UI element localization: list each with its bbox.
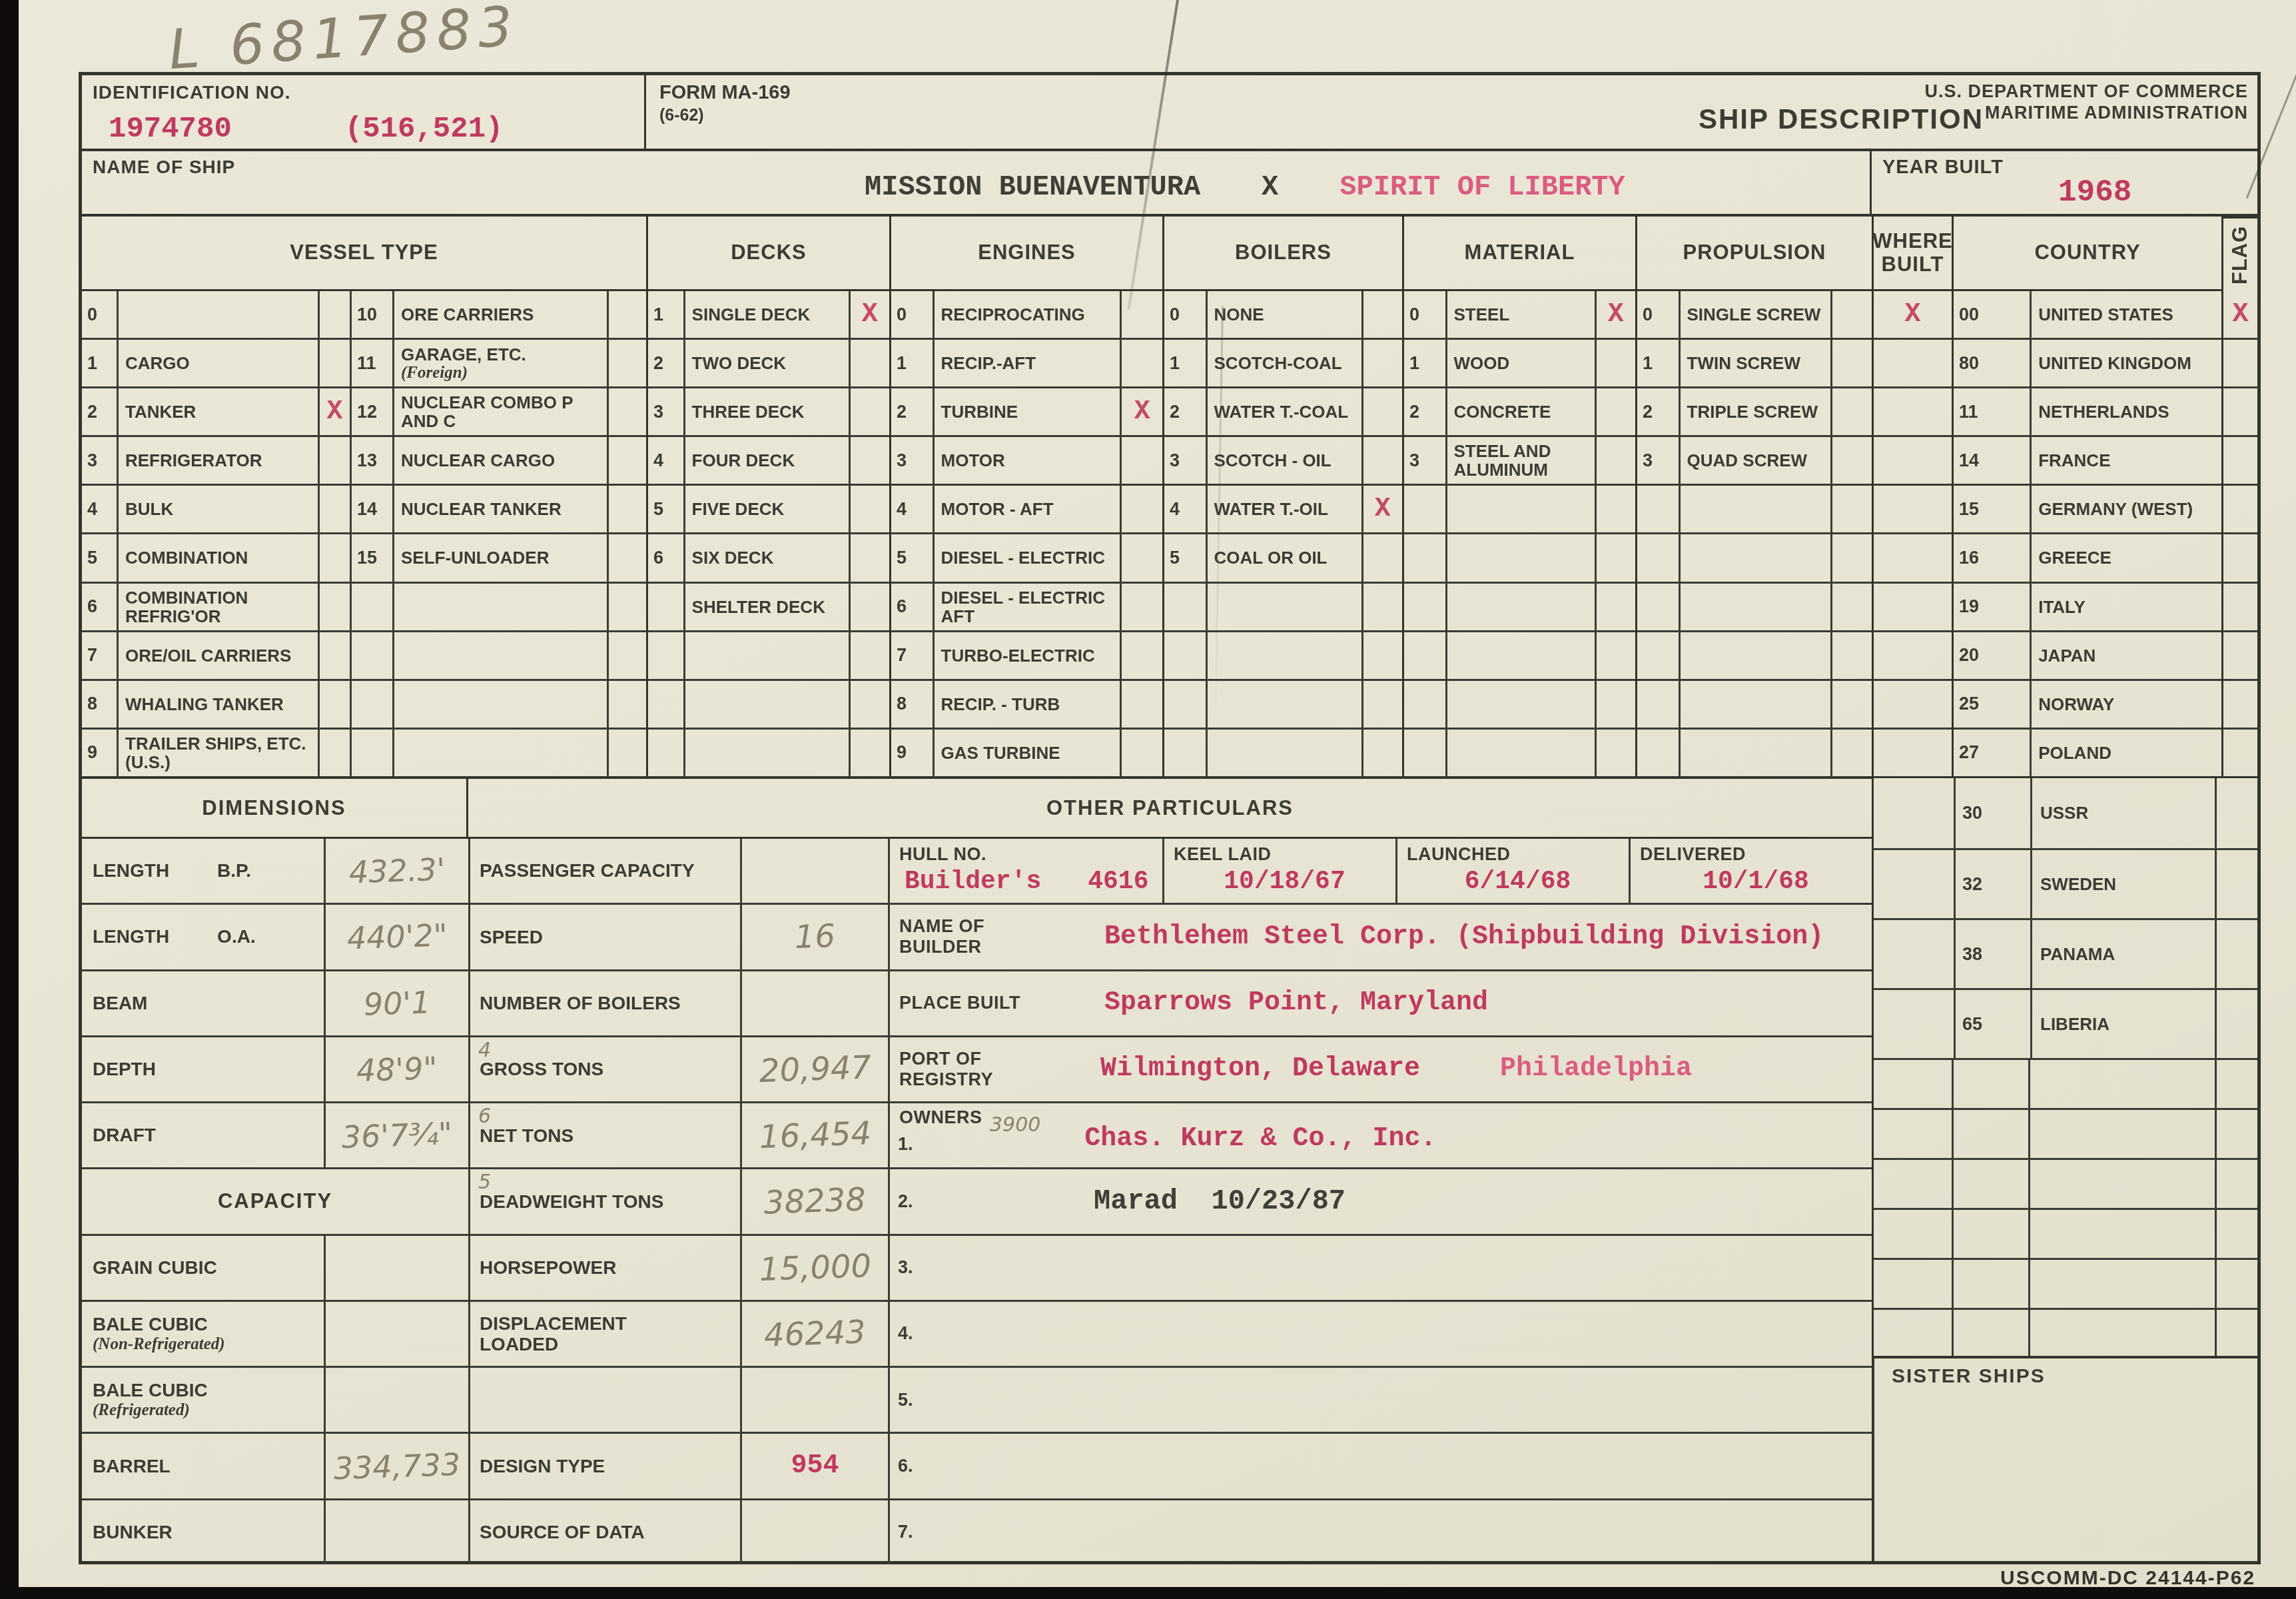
- vessel-check-cell-2: [607, 681, 646, 728]
- vessel-check-cell: [318, 730, 350, 776]
- row-length-oa: LENGTHO.A. 440'2" SPEED 16 NAME OF BUILD…: [82, 903, 1872, 969]
- identification-values: 1974780 (516,521): [109, 113, 503, 146]
- propulsion-code-cell: [1637, 681, 1679, 728]
- builder-value: Bethlehem Steel Corp. (Shipbuilding Divi…: [1104, 922, 1824, 952]
- engine-label-cell: RECIP.-AFT: [933, 340, 1120, 386]
- vessel-check-cell: [318, 681, 350, 728]
- vessel-code-cell: 1: [82, 340, 117, 386]
- vessel-check-cell: [318, 534, 350, 581]
- ship-name-strike-mark: X: [1262, 171, 1278, 203]
- boilers-row: 5 COAL OR OIL: [1164, 532, 1402, 581]
- vessel-code-cell: 3: [82, 437, 117, 484]
- bale-cubic-r-label-cell: BALE CUBIC (Refrigerated): [82, 1368, 324, 1432]
- row-grain-cubic: GRAIN CUBIC HORSEPOWER 15,000 3.: [82, 1234, 1872, 1300]
- country-row: 27 POLAND: [1954, 728, 2221, 776]
- form-header-row: IDENTIFICATION NO. 1974780 (516,521) FOR…: [82, 75, 2257, 151]
- propulsion-body: 0 SINGLE SCREW 1 TWIN SCREW 2: [1637, 291, 1872, 776]
- beam-label: BEAM: [93, 993, 147, 1013]
- material-row: 1 WOOD: [1404, 338, 1635, 386]
- engine-code-cell: 9: [891, 730, 933, 776]
- deck-check-cell: [849, 340, 889, 386]
- vessel-label-cell-2: NUCLEAR CARGO: [392, 437, 607, 484]
- propulsion-section: PROPULSION 0 SINGLE SCREW 1 TWIN SCREW: [1635, 217, 1872, 776]
- row-capacity: CAPACITY 5 DEADWEIGHT TONS 38238 2. Mara…: [82, 1167, 1872, 1233]
- boiler-code-cell: 4: [1164, 486, 1206, 532]
- flag-divider-line: [2215, 1060, 2217, 1356]
- agency-line1: U.S. DEPARTMENT OF COMMERCE: [1925, 81, 2249, 101]
- vessel-type-row: 1 CARGO 11 GARAGE, ETC.(Foreign): [82, 338, 646, 386]
- decks-row: 4 FOUR DECK: [648, 435, 889, 484]
- vessel-label-text-2: NUCLEAR CARGO: [401, 451, 555, 470]
- propulsion-row: [1637, 679, 1872, 728]
- vessel-code-cell: 0: [82, 291, 117, 338]
- owner-2-number: 2.: [890, 1191, 929, 1212]
- flag-row: [2223, 532, 2257, 581]
- propulsion-check-cell: [1830, 388, 1872, 435]
- propulsion-code-cell: 0: [1637, 291, 1679, 338]
- engines-row: 1 RECIP.-AFT: [891, 338, 1162, 386]
- vessel-code-cell: 6: [82, 584, 117, 630]
- material-label-cell: CONCRETE: [1445, 388, 1595, 435]
- print-code: USCOMM-DC 24144-P62: [2000, 1567, 2255, 1590]
- engines-row: 8 RECIP. - TURB: [891, 679, 1162, 728]
- identification-label: IDENTIFICATION NO.: [93, 82, 290, 103]
- country-row: 20 JAPAN: [1954, 630, 2221, 679]
- engines-row: 7 TURBO-ELECTRIC: [891, 630, 1162, 679]
- boilers-header: BOILERS: [1164, 217, 1402, 291]
- country-lower-code: 30: [1954, 778, 2030, 848]
- flag-section: FLAG X: [2221, 217, 2257, 776]
- vessel-label-cell: BULK: [117, 486, 318, 532]
- owner-1-value: Chas. Kurz & Co., Inc.: [1084, 1124, 1436, 1154]
- vessel-type-row: 9 TRAILER SHIPS, ETC. (U.S.): [82, 728, 646, 776]
- row-draft: DRAFT 36'7¾" 6 NET TONS 16,454 OWNERS 1.…: [82, 1101, 1872, 1167]
- engines-row: 9 GAS TURBINE: [891, 728, 1162, 776]
- beam-value-cell: 90'1: [324, 971, 468, 1035]
- where-built-check-cell: [1874, 534, 1952, 581]
- material-label-cell: STEEL: [1445, 291, 1595, 338]
- deck-code-cell: [648, 681, 683, 728]
- boiler-check-cell: [1361, 681, 1402, 728]
- country-lower-label: SWEDEN: [2030, 850, 2215, 918]
- vessel-label-cell: COMBINATION: [117, 534, 318, 581]
- boiler-label-cell: SCOTCH - OIL: [1206, 437, 1361, 484]
- country-row: 25 NORWAY: [1954, 679, 2221, 728]
- where-built-row: [1874, 630, 1952, 679]
- draft-label: DRAFT: [93, 1125, 156, 1145]
- boiler-label-cell: COAL OR OIL: [1206, 534, 1361, 581]
- material-row: [1404, 582, 1635, 630]
- country-lower-empty-rows: [1874, 1058, 2257, 1356]
- deck-check-cell: [849, 437, 889, 484]
- flag-row: [2223, 630, 2257, 679]
- net-tons-cell: 6 NET TONS: [468, 1103, 740, 1167]
- row-beam: BEAM 90'1 NUMBER OF BOILERS PLACE BUILT …: [82, 969, 1872, 1035]
- propulsion-check-cell: [1830, 291, 1872, 338]
- engines-section: ENGINES 0 RECIPROCATING 1 RECIP.-AFT: [889, 217, 1162, 776]
- material-row: 2 CONCRETE: [1404, 386, 1635, 435]
- deadweight-tons-footnote: 5: [478, 1171, 491, 1194]
- vessel-check-cell-2: [607, 340, 646, 386]
- bale-cubic-r-sublabel: (Refrigerated): [93, 1401, 190, 1420]
- where-built-row: [1874, 338, 1952, 386]
- country-code-cell: 80: [1954, 340, 2030, 386]
- flag-check-cell: [2223, 437, 2257, 484]
- decks-body: 1 SINGLE DECK X 2 TWO DECK 3: [648, 291, 889, 776]
- engine-check-cell: [1120, 486, 1162, 532]
- material-check-cell: [1595, 632, 1635, 679]
- propulsion-row: 0 SINGLE SCREW: [1637, 291, 1872, 338]
- vessel-code-cell-2: 10: [350, 291, 392, 338]
- launched-cell: LAUNCHED 6/14/68: [1395, 839, 1629, 903]
- place-built-label: PLACE BUILT: [890, 993, 1040, 1013]
- propulsion-label-cell: QUAD SCREW: [1679, 437, 1830, 484]
- flag-row: X: [2223, 291, 2257, 338]
- horsepower-value-cell: 15,000: [740, 1236, 888, 1300]
- engine-code-cell: 0: [891, 291, 933, 338]
- decks-row: 1 SINGLE DECK X: [648, 291, 889, 338]
- vessel-label-text: BULK: [125, 500, 173, 518]
- boiler-check-cell: [1361, 340, 1402, 386]
- depth-label: DEPTH: [93, 1059, 156, 1079]
- owner-1-pencil-code: 3900: [990, 1113, 1040, 1137]
- propulsion-row: [1637, 630, 1872, 679]
- vessel-type-section: VESSEL TYPE 0 10 ORE CARRIERS: [82, 217, 646, 776]
- country-code-cell: 00: [1954, 291, 2030, 338]
- port-of-registry-label: PORT OF REGISTRY: [890, 1049, 1040, 1090]
- deck-code-cell: 5: [648, 486, 683, 532]
- where-built-row: X: [1874, 291, 1952, 338]
- lower-section: DIMENSIONS OTHER PARTICULARS LENGTHB.P. …: [82, 776, 1872, 1564]
- propulsion-header: PROPULSION: [1637, 217, 1872, 291]
- engine-code-cell: 3: [891, 437, 933, 484]
- country-code-cell: 20: [1954, 632, 2030, 679]
- country-label-cell: ITALY: [2030, 584, 2221, 630]
- country-label-cell: FRANCE: [2030, 437, 2221, 484]
- country-code-cell: 14: [1954, 437, 2030, 484]
- flag-header: FLAG: [2223, 217, 2257, 291]
- depth-value: 48'9": [356, 1050, 438, 1089]
- year-built-value: 1968: [2058, 175, 2131, 210]
- where-built-check-cell: [1874, 730, 1952, 776]
- flag-row: [2223, 728, 2257, 776]
- propulsion-row: [1637, 484, 1872, 532]
- vessel-label-cell-2: GARAGE, ETC.(Foreign): [392, 340, 607, 386]
- boiler-label-cell: WATER T.-OIL: [1206, 486, 1361, 532]
- where-built-row: [1874, 532, 1952, 581]
- flag-check-cell: X: [2223, 291, 2257, 338]
- source-of-data-cell: SOURCE OF DATA: [468, 1500, 740, 1564]
- beam-value: 90'1: [363, 984, 431, 1022]
- vessel-type-row: 5 COMBINATION 15 SELF-UNLOADER: [82, 532, 646, 581]
- propulsion-label-cell: TRIPLE SCREW: [1679, 388, 1830, 435]
- country-lower-label: USSR: [2030, 778, 2215, 848]
- country-lower-label: PANAMA: [2030, 920, 2215, 988]
- country-row: 11 NETHERLANDS: [1954, 386, 2221, 435]
- vessel-type-row: 7 ORE/OIL CARRIERS: [82, 630, 646, 679]
- where-built-lower-cell: [1874, 778, 1954, 848]
- vessel-code-cell: 8: [82, 681, 117, 728]
- passenger-capacity-value-cell: [740, 839, 888, 903]
- boilers-row: 3 SCOTCH - OIL: [1164, 435, 1402, 484]
- boiler-label-cell: [1206, 730, 1361, 776]
- port-of-registry-value: Wilmington, Delaware: [1100, 1054, 1420, 1084]
- propulsion-label-cell: [1679, 584, 1830, 630]
- horsepower-value: 15,000: [759, 1247, 872, 1289]
- owner-7-number: 7.: [890, 1522, 929, 1542]
- barrel-label: BARREL: [93, 1456, 171, 1476]
- gross-tons-footnote: 4: [478, 1039, 491, 1062]
- vessel-label-cell-2: [392, 632, 607, 679]
- gross-tons-value: 20,947: [759, 1049, 872, 1090]
- country-code-cell: 15: [1954, 486, 2030, 532]
- material-code-cell: [1404, 534, 1445, 581]
- vessel-label-text: TANKER: [125, 402, 196, 421]
- number-of-boilers-value-cell: [740, 971, 888, 1035]
- owner-5-number: 5.: [890, 1390, 929, 1410]
- boiler-label-cell: SCOTCH-COAL: [1206, 340, 1361, 386]
- country-label-cell: NETHERLANDS: [2030, 388, 2221, 435]
- propulsion-check-cell: [1830, 437, 1872, 484]
- horsepower-label: HORSEPOWER: [470, 1257, 616, 1278]
- material-code-cell: [1404, 584, 1445, 630]
- boilers-row: [1164, 728, 1402, 776]
- where-built-lower-cell: [1874, 990, 1954, 1058]
- design-type-value: 954: [791, 1451, 839, 1481]
- capacity-header-cell: CAPACITY: [82, 1169, 468, 1233]
- material-label-cell: [1445, 486, 1595, 532]
- row-bale-cubic-r: BALE CUBIC (Refrigerated) 5.: [82, 1366, 1872, 1432]
- owner-2-value: Marad 10/23/87: [1094, 1185, 1345, 1217]
- vessel-code-cell-2: [350, 730, 392, 776]
- vessel-type-row: 2 TANKER X 12 NUCLEAR COMBO P AND C: [82, 386, 646, 435]
- engine-label-cell: MOTOR: [933, 437, 1120, 484]
- displacement-value: 46243: [763, 1313, 867, 1354]
- draft-value: 36'7¾": [341, 1115, 453, 1155]
- launched-value: 6/14/68: [1465, 867, 1571, 896]
- vessel-code-cell-2: 11: [350, 340, 392, 386]
- engine-label-cell: DIESEL - ELECTRIC: [933, 534, 1120, 581]
- design-type-value-cell: 954: [740, 1434, 888, 1498]
- beam-label-cell: BEAM: [82, 971, 324, 1035]
- material-label-cell: [1445, 584, 1595, 630]
- propulsion-row: 2 TRIPLE SCREW: [1637, 386, 1872, 435]
- propulsion-code-cell: [1637, 730, 1679, 776]
- hull-no-cell: HULL NO. Builder's 4616: [888, 839, 1162, 903]
- decks-row: 2 TWO DECK: [648, 338, 889, 386]
- where-built-row: [1874, 679, 1952, 728]
- material-header: MATERIAL: [1404, 217, 1635, 291]
- propulsion-check-cell: [1830, 730, 1872, 776]
- material-code-cell: 3: [1404, 437, 1445, 484]
- engine-check-cell: [1120, 340, 1162, 386]
- vessel-label-cell-2: [392, 681, 607, 728]
- flag-check-cell: [2223, 486, 2257, 532]
- material-check-cell: [1595, 486, 1635, 532]
- material-check-cell: X: [1595, 291, 1635, 338]
- passenger-capacity-label: PASSENGER CAPACITY: [470, 860, 695, 881]
- boiler-label-cell: [1206, 632, 1361, 679]
- delivered-label: DELIVERED: [1640, 844, 1872, 865]
- country-section: COUNTRY 00 UNITED STATES 80 UNITED KINGD…: [1952, 217, 2221, 776]
- year-built-label: YEAR BUILT: [1882, 157, 2004, 179]
- name-of-ship-cell: NAME OF SHIP MISSION BUENAVENTURA X SPIR…: [82, 151, 1872, 214]
- vessel-label-cell-2: SELF-UNLOADER: [392, 534, 607, 581]
- flag-check-cell: [2223, 584, 2257, 630]
- speed-value-cell: 16: [740, 905, 888, 969]
- launched-label: LAUNCHED: [1407, 844, 1629, 865]
- ship-name-values: MISSION BUENAVENTURA X SPIRIT OF LIBERTY: [865, 171, 1625, 203]
- decks-row: [648, 728, 889, 776]
- delivered-cell: DELIVERED 10/1/68: [1629, 839, 1872, 903]
- decks-row: [648, 679, 889, 728]
- hull-no-number: 4616: [1088, 867, 1148, 896]
- vessel-label-cell-2: NUCLEAR TANKER: [392, 486, 607, 532]
- boiler-check-cell: X: [1361, 486, 1402, 532]
- horsepower-cell: HORSEPOWER: [468, 1236, 740, 1300]
- speed-label: SPEED: [470, 927, 543, 947]
- bunker-label: BUNKER: [93, 1522, 173, 1542]
- boilers-row: [1164, 679, 1402, 728]
- material-code-cell: 1: [1404, 340, 1445, 386]
- propulsion-code-cell: [1637, 632, 1679, 679]
- deck-code-cell: [648, 730, 683, 776]
- where-built-check-cell: [1874, 584, 1952, 630]
- engine-code-cell: 4: [891, 486, 933, 532]
- vessel-label-cell: [117, 291, 318, 338]
- speed-value: 16: [794, 917, 836, 956]
- country-code-divider-line: [2028, 1060, 2030, 1356]
- vessel-check-cell: [318, 486, 350, 532]
- other-particulars-header: OTHER PARTICULARS: [468, 779, 1872, 837]
- country-label-cell: GERMANY (WEST): [2030, 486, 2221, 532]
- owner-4-number: 4.: [890, 1323, 929, 1344]
- where-built-lower-cell: [1874, 850, 1954, 918]
- boiler-label-cell: NONE: [1206, 291, 1361, 338]
- propulsion-label-cell: [1679, 486, 1830, 532]
- boilers-section: BOILERS 0 NONE 1 SCOTCH-COAL: [1162, 217, 1402, 776]
- deck-code-cell: 4: [648, 437, 683, 484]
- engines-row: 3 MOTOR: [891, 435, 1162, 484]
- where-built-check-cell: [1874, 632, 1952, 679]
- ship-description-form: IDENTIFICATION NO. 1974780 (516,521) FOR…: [79, 72, 2261, 1564]
- owners-row-6: 6.: [888, 1434, 1872, 1498]
- propulsion-check-cell: [1830, 486, 1872, 532]
- country-lower-code: 38: [1954, 920, 2030, 988]
- vessel-label-cell: WHALING TANKER: [117, 681, 318, 728]
- material-row: [1404, 728, 1635, 776]
- country-code-cell: 19: [1954, 584, 2030, 630]
- engine-code-cell: 1: [891, 340, 933, 386]
- row-depth: DEPTH 48'9" 4 GROSS TONS 20,947 PORT OF …: [82, 1035, 1872, 1101]
- vessel-code-cell: 2: [82, 388, 117, 435]
- draft-value-cell: 36'7¾": [324, 1103, 468, 1167]
- material-label-cell: [1445, 632, 1595, 679]
- deck-label-cell: SHELTER DECK: [683, 584, 849, 630]
- vessel-label-cell: TANKER: [117, 388, 318, 435]
- propulsion-row: [1637, 728, 1872, 776]
- flag-body: X: [2223, 291, 2257, 776]
- where-built-row: [1874, 728, 1952, 776]
- vessel-code-cell: 4: [82, 486, 117, 532]
- material-code-cell: 0: [1404, 291, 1445, 338]
- ship-name-new: SPIRIT OF LIBERTY: [1339, 171, 1625, 203]
- boiler-code-cell: [1164, 632, 1206, 679]
- form-number-line2: (6-62): [659, 106, 704, 125]
- engine-label-cell: MOTOR - AFT: [933, 486, 1120, 532]
- speed-cell: SPEED: [468, 905, 740, 969]
- vessel-check-cell-2: [607, 437, 646, 484]
- boiler-label-cell: [1206, 584, 1361, 630]
- vessel-label-text-2: GARAGE, ETC.(Foreign): [401, 345, 526, 382]
- lower-headers: DIMENSIONS OTHER PARTICULARS: [82, 779, 1872, 839]
- engines-body: 0 RECIPROCATING 1 RECIP.-AFT 2: [891, 291, 1162, 776]
- vessel-code-cell-2: 12: [350, 388, 392, 435]
- propulsion-check-cell: [1830, 584, 1872, 630]
- deck-check-cell: X: [849, 291, 889, 338]
- deck-code-cell: 6: [648, 534, 683, 581]
- owner-1-number: 1.: [890, 1134, 929, 1155]
- deck-label-cell: FIVE DECK: [683, 486, 849, 532]
- engines-row: 0 RECIPROCATING: [891, 291, 1162, 338]
- vessel-type-row: 4 BULK 14 NUCLEAR TANKER: [82, 484, 646, 532]
- vessel-check-cell: [318, 584, 350, 630]
- vessel-check-cell: [318, 437, 350, 484]
- boilers-row: [1164, 630, 1402, 679]
- flag-check-cell: [2223, 681, 2257, 728]
- vessel-type-row: 8 WHALING TANKER: [82, 679, 646, 728]
- deck-label-cell: [683, 730, 849, 776]
- keel-laid-label: KEEL LAID: [1174, 844, 1395, 865]
- number-of-boilers-label: NUMBER OF BOILERS: [470, 993, 681, 1013]
- decks-row: 5 FIVE DECK: [648, 484, 889, 532]
- boiler-check-cell: [1361, 584, 1402, 630]
- barrel-value-cell: 334,733: [324, 1434, 468, 1498]
- sister-ships-label: SISTER SHIPS: [1892, 1365, 2046, 1388]
- where-built-lower-cell: [1874, 920, 1954, 988]
- country-lower-code: 32: [1954, 850, 2030, 918]
- decks-row: SHELTER DECK: [648, 582, 889, 630]
- where-built-check-cell: [1874, 437, 1952, 484]
- builder-cell: NAME OF BUILDER Bethlehem Steel Corp. (S…: [888, 905, 1872, 969]
- propulsion-check-cell: [1830, 340, 1872, 386]
- bunker-value-cell: [324, 1500, 468, 1564]
- owners-row-4: 4.: [888, 1302, 1872, 1366]
- engine-code-cell: 6: [891, 584, 933, 630]
- where-built-divider-line: [1952, 1060, 1954, 1356]
- material-check-cell: [1595, 584, 1635, 630]
- boilers-body: 0 NONE 1 SCOTCH-COAL 2 WAT: [1164, 291, 1402, 776]
- vessel-code-cell: 7: [82, 632, 117, 679]
- place-built-value: Sparrows Point, Maryland: [1104, 988, 1488, 1018]
- bale-cubic-r-label: BALE CUBIC: [93, 1380, 208, 1400]
- where-built-header: WHERE BUILT: [1874, 217, 1952, 291]
- material-code-cell: 2: [1404, 388, 1445, 435]
- propulsion-label-cell: SINGLE SCREW: [1679, 291, 1830, 338]
- flag-check-cell: [2223, 730, 2257, 776]
- net-tons-value: 16,454: [759, 1115, 872, 1156]
- vessel-type-row: 3 REFRIGERATOR 13 NUCLEAR CARGO: [82, 435, 646, 484]
- flag-lower-cell: [2215, 920, 2257, 988]
- engine-label-cell: TURBINE: [933, 388, 1120, 435]
- boiler-label-cell: [1206, 681, 1361, 728]
- vessel-check-cell: [318, 291, 350, 338]
- scanned-form-paper: L 6817883 IDENTIFICATION NO. 1974780 (51…: [19, 0, 2296, 1587]
- country-code-cell: 27: [1954, 730, 2030, 776]
- engine-code-cell: 5: [891, 534, 933, 581]
- hull-no-label: HULL NO.: [899, 844, 1162, 865]
- vessel-check-cell-2: [607, 584, 646, 630]
